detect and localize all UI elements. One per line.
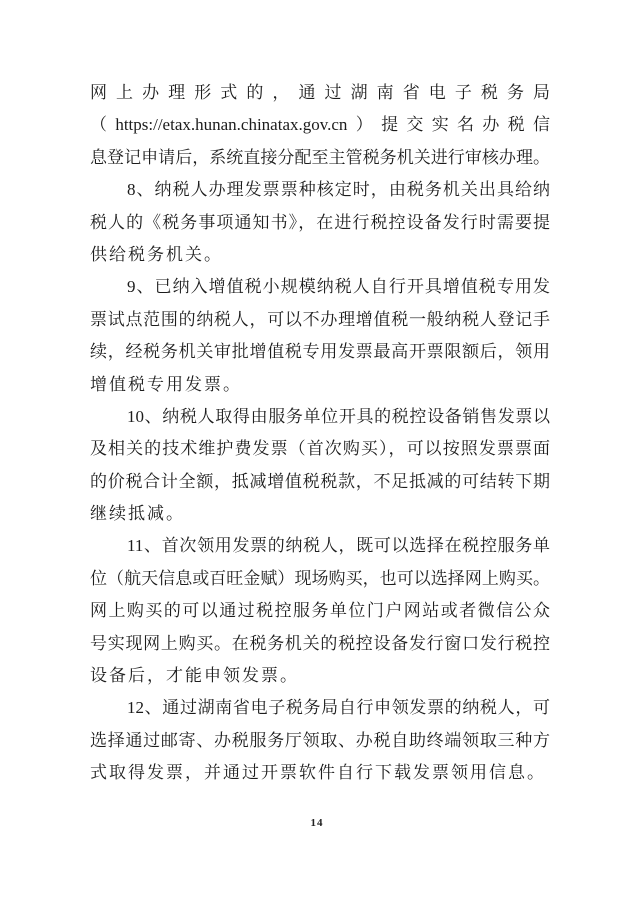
text-line: 及相关的技术维护费发票（首次购买），可以按照发票票面 (90, 433, 550, 465)
text-line-item-9: 9、已纳入增值税小规模纳税人自行开具增值税专用发 (90, 271, 550, 303)
text-line: 供给税务机关。 (90, 239, 550, 271)
text-line: 选择通过邮寄、办税服务厅领取、办税自助终端领取三种方 (90, 725, 550, 757)
text-line: 继续抵减。 (90, 498, 550, 530)
text-line: 式取得发票，并通过开票软件自行下载发票领用信息。 (90, 757, 550, 789)
document-text-block: 网上办理形式的，通过湖南省电子税务局 （https://etax.hunan.c… (90, 77, 550, 790)
text-line: 网上购买的可以通过税控服务单位门户网站或者微信公众 (90, 595, 550, 627)
text-line-item-10: 10、纳税人取得由服务单位开具的税控设备销售发票以 (90, 401, 550, 433)
text-line: 的价税合计全额，抵减增值税税款，不足抵减的可结转下期 (90, 466, 550, 498)
text-line: 网上办理形式的，通过湖南省电子税务局 (90, 77, 550, 109)
text-line: 税人的《税务事项通知书》，在进行税控设备发行时需要提 (90, 207, 550, 239)
text-line-item-8: 8、纳税人办理发票票种核定时，由税务机关出具给纳 (90, 174, 550, 206)
text-line: 增值税专用发票。 (90, 369, 550, 401)
document-page: 网上办理形式的，通过湖南省电子税务局 （https://etax.hunan.c… (0, 0, 634, 898)
page-number: 14 (0, 817, 634, 829)
text-line-item-12: 12、通过湖南省电子税务局自行申领发票的纳税人，可 (90, 692, 550, 724)
text-line: 续，经税务机关审批增值税专用发票最高开票限额后，领用 (90, 336, 550, 368)
text-line: 位（航天信息或百旺金赋）现场购买，也可以选择网上购买。 (90, 563, 550, 595)
text-line: 号实现网上购买。在税务机关的税控设备发行窗口发行税控 (90, 628, 550, 660)
text-line: 票试点范围的纳税人，可以不办理增值税一般纳税人登记手 (90, 304, 550, 336)
text-line-item-11: 11、首次领用发票的纳税人，既可以选择在税控服务单 (90, 530, 550, 562)
text-line-url: （https://etax.hunan.chinatax.gov.cn）提交实名… (90, 109, 550, 141)
text-line: 设备后，才能申领发票。 (90, 660, 550, 692)
text-line: 息登记申请后，系统直接分配至主管税务机关进行审核办理。 (90, 142, 550, 174)
